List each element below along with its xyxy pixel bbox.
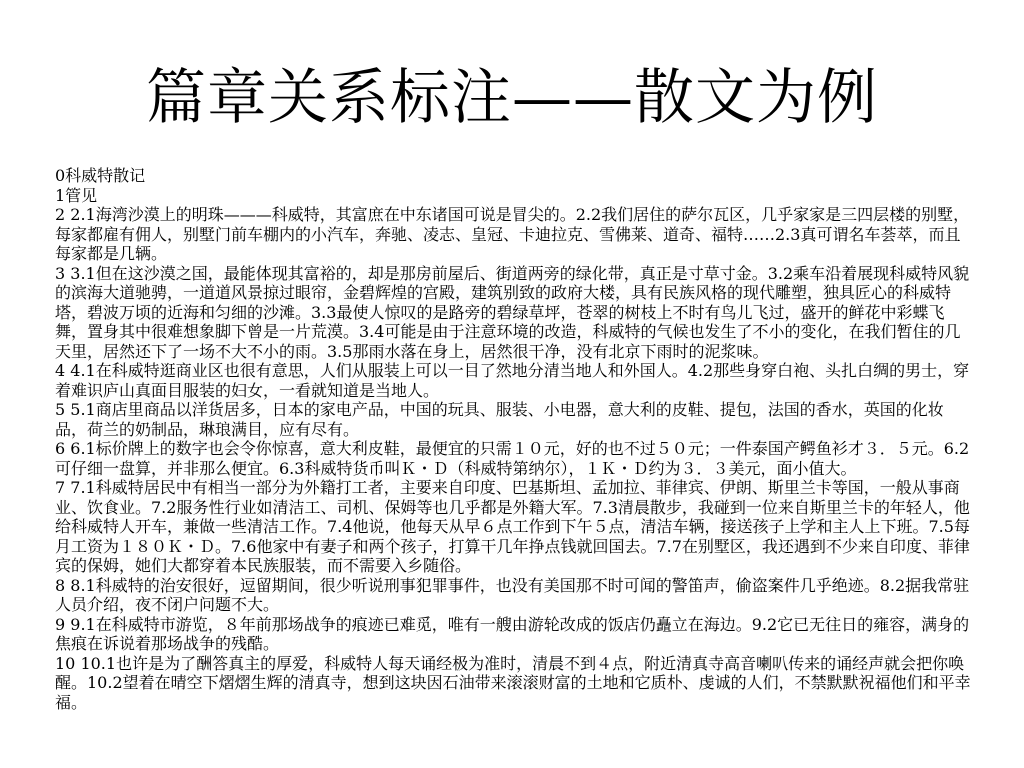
paragraph-2: 2 2.1海湾沙漠上的明珠———科威特，其富庶在中东诸国可说是冒尖的。2.2我们… <box>55 205 975 264</box>
paragraph-1: 1管见 <box>55 186 975 206</box>
paragraph-3: 3 3.1但在这沙漠之国，最能体现其富裕的，却是那房前屋后、街道两旁的绿化带，真… <box>55 264 975 362</box>
presentation-slide: 篇章关系标注——散文为例 0科威特散记 1管见 2 2.1海湾沙漠上的明珠———… <box>0 0 1024 768</box>
paragraph-10: 10 10.1也许是为了酬答真主的厚爱，科威特人每天诵经极为准时，清晨不到４点，… <box>55 654 975 713</box>
paragraph-4: 4 4.1在科威特逛商业区也很有意思，人们从服装上可以一目了然地分清当地人和外国… <box>55 361 975 400</box>
paragraph-8: 8 8.1科威特的治安很好，逗留期间，很少听说刑事犯罪事件，也没有美国那不时可闻… <box>55 576 975 615</box>
paragraph-6: 6 6.1标价牌上的数字也会令你惊喜，意大利皮鞋，最便宜的只需１０元，好的也不过… <box>55 439 975 478</box>
paragraph-5: 5 5.1商店里商品以洋货居多，日本的家电产品，中国的玩具、服装、小电器，意大利… <box>55 400 975 439</box>
paragraph-7: 7 7.1科威特居民中有相当一部分为外籍打工者，主要来自印度、巴基斯坦、孟加拉、… <box>55 478 975 576</box>
slide-title: 篇章关系标注——散文为例 <box>0 50 1024 136</box>
slide-body-text: 0科威特散记 1管见 2 2.1海湾沙漠上的明珠———科威特，其富庶在中东诸国可… <box>55 166 975 712</box>
paragraph-9: 9 9.1在科威特市游览，８年前那场战争的痕迹已难觅，唯有一艘由游轮改成的饭店仍… <box>55 615 975 654</box>
paragraph-0: 0科威特散记 <box>55 166 975 186</box>
